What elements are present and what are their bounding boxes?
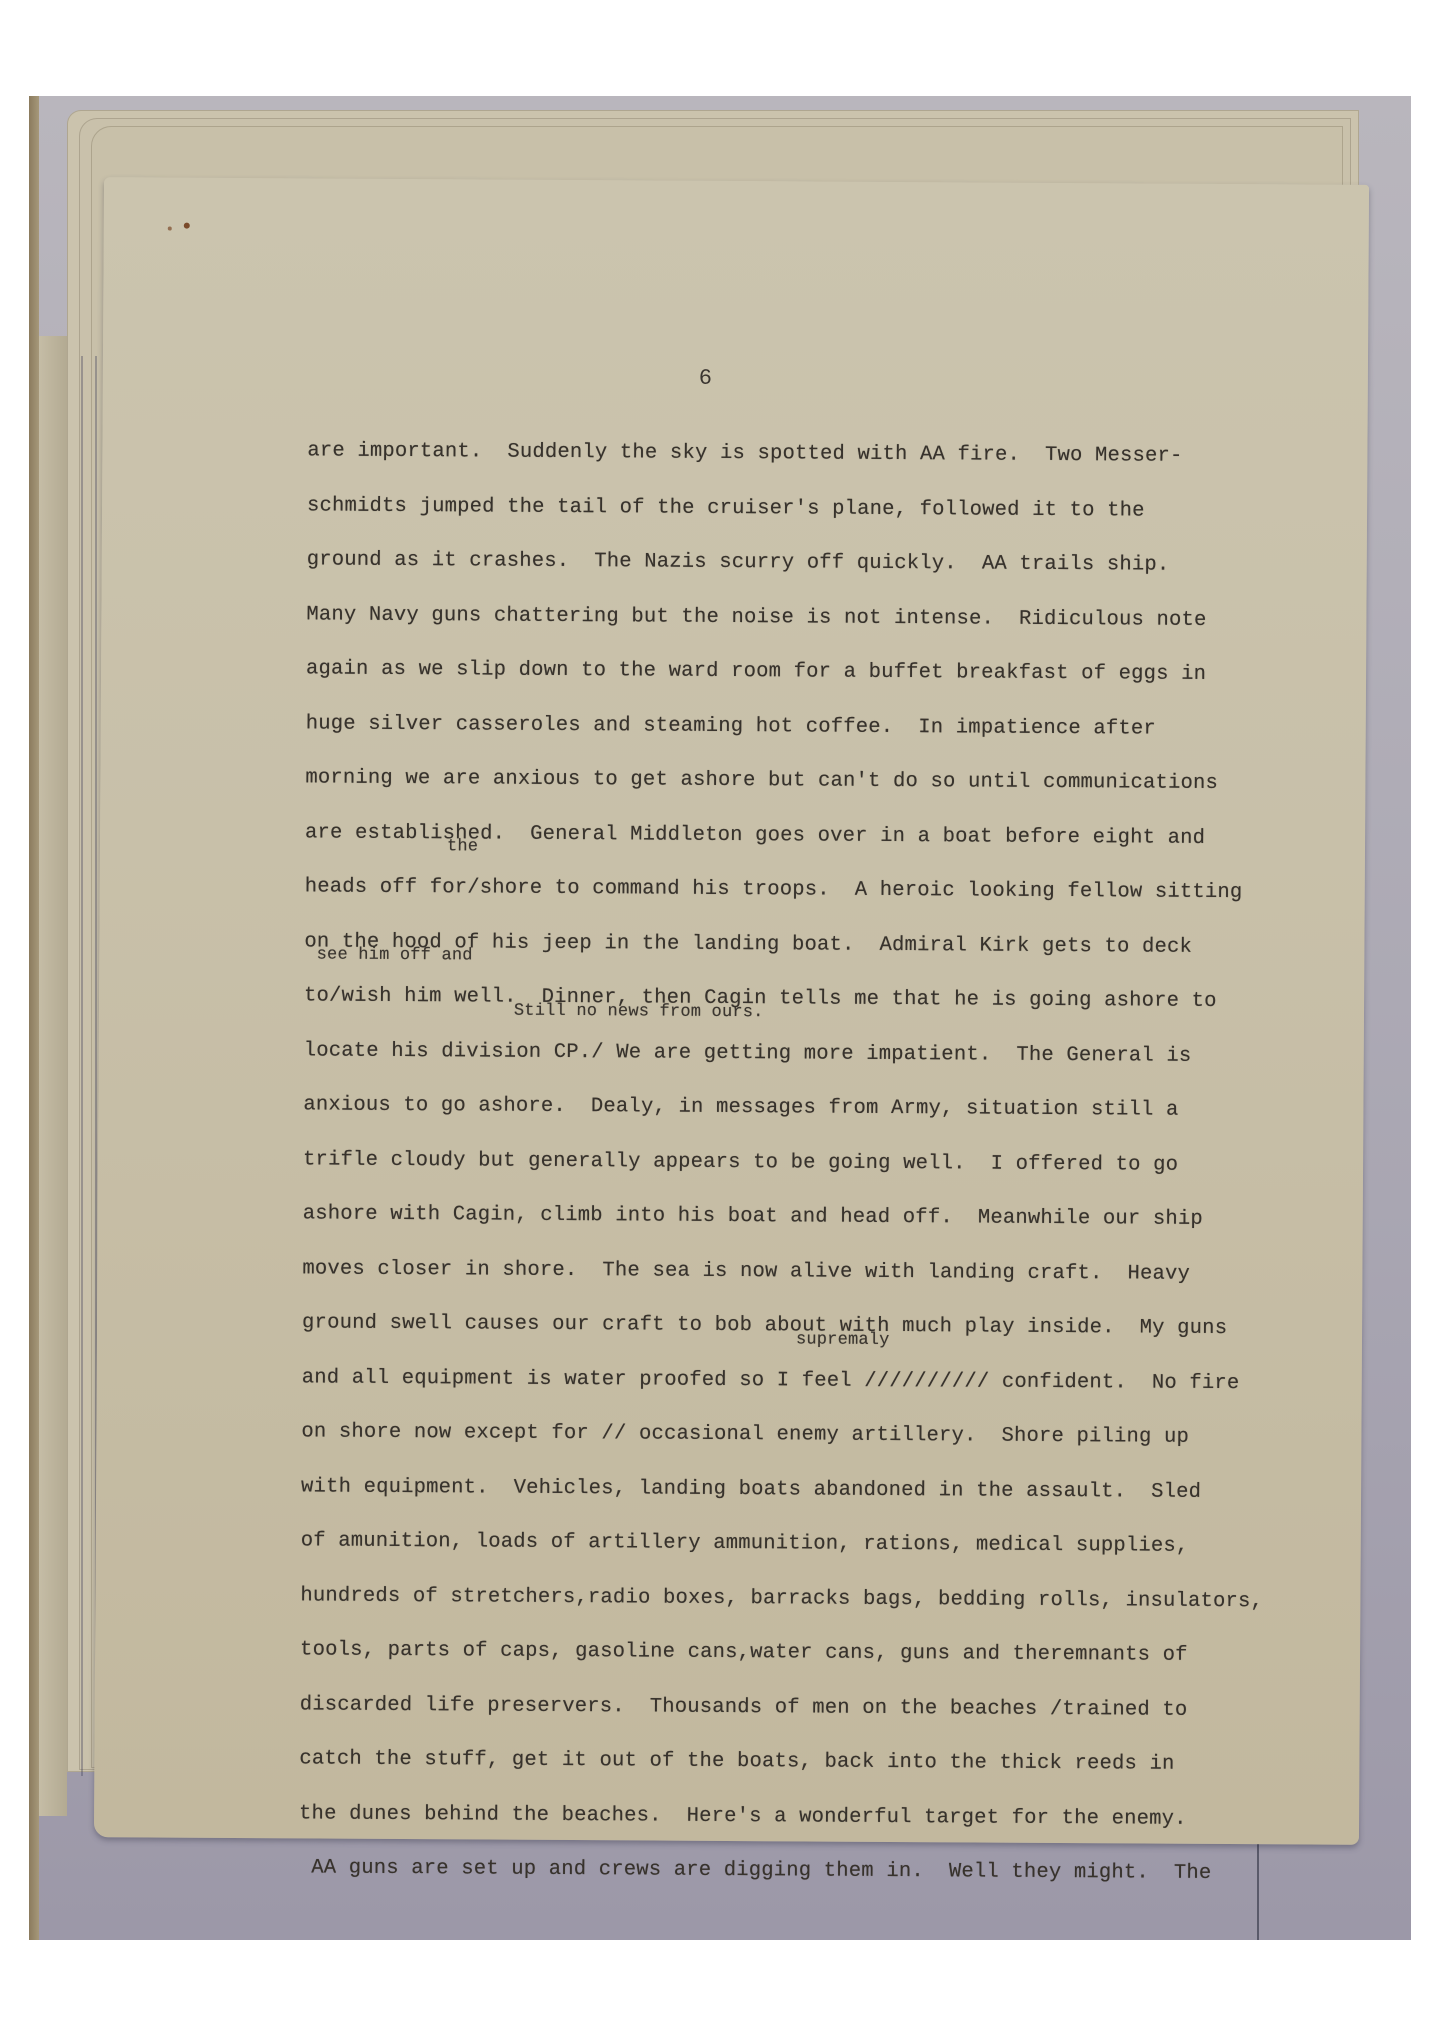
interlinear-insertion: see him off and xyxy=(317,945,473,966)
line-text: catch the stuff, get it out of the boats… xyxy=(299,1747,1174,1775)
typed-line: ashore with Cagin, climb into his boat a… xyxy=(303,1187,1323,1248)
typed-line: heads off for/shore to command his troop… xyxy=(305,860,1325,921)
line-text: tools, parts of caps, gasoline cans,wate… xyxy=(300,1638,1188,1666)
typed-line: trifle cloudy but generally appears to b… xyxy=(303,1133,1323,1194)
typed-line: morning we are anxious to get ashore but… xyxy=(305,751,1325,812)
typed-line: catch the stuff, get it out of the boats… xyxy=(299,1732,1319,1793)
typed-line: anxious to go ashore. Dealy, in messages… xyxy=(303,1078,1323,1139)
document-photograph: 6 are important. Suddenly the sky is spo… xyxy=(29,96,1411,1940)
line-text: schmidts jumped the tail of the cruiser'… xyxy=(307,494,1145,522)
typed-page: 6 are important. Suddenly the sky is spo… xyxy=(94,177,1369,1845)
typed-line: discarded life preservers. Thousands of … xyxy=(300,1678,1320,1739)
line-text: of amunition, loads of artillery ammunit… xyxy=(301,1529,1189,1557)
line-text: the dunes behind the beaches. Here's a w… xyxy=(299,1802,1187,1830)
line-text: again as we slip down to the ward room f… xyxy=(306,657,1206,685)
typed-line: ground as it crashes. The Nazis scurry o… xyxy=(307,533,1327,594)
underlying-sheet-edge xyxy=(39,336,67,1816)
typed-line: schmidts jumped the tail of the cruiser'… xyxy=(307,479,1327,540)
line-text: anxious to go ashore. Dealy, in messages… xyxy=(303,1093,1178,1121)
line-text: and all equipment is water proofed so I … xyxy=(302,1366,1240,1395)
line-text: are established. General Middleton goes … xyxy=(305,821,1205,849)
page-number: 6 xyxy=(73,362,1338,395)
line-text: trifle cloudy but generally appears to b… xyxy=(303,1148,1178,1176)
line-text: with equipment. Vehicles, landing boats … xyxy=(301,1475,1201,1503)
typed-line: of amunition, loads of artillery ammunit… xyxy=(301,1514,1321,1575)
typed-line: locate his division CP./ We are getting … xyxy=(304,1024,1324,1085)
typed-line: Many Navy guns chattering but the noise … xyxy=(306,588,1326,649)
line-text: discarded life preservers. Thousands of … xyxy=(300,1693,1188,1721)
line-text: ground swell causes our craft to bob abo… xyxy=(302,1311,1227,1340)
paper-spot xyxy=(184,223,190,229)
typed-line: moves closer in shore. The sea is now al… xyxy=(302,1242,1322,1303)
typed-line: to/wish him well. Dinner, then Cagin tel… xyxy=(304,969,1324,1030)
typed-line: again as we slip down to the ward room f… xyxy=(306,642,1326,703)
typed-line: the dunes behind the beaches. Here's a w… xyxy=(299,1787,1319,1848)
line-text: Many Navy guns chattering but the noise … xyxy=(306,603,1206,631)
line-text: are important. Suddenly the sky is spott… xyxy=(307,439,1182,467)
paper-spot xyxy=(168,227,172,231)
folder-edge xyxy=(29,96,39,1940)
interlinear-insertion: the xyxy=(447,837,478,857)
line-text: AA guns are set up and crews are digging… xyxy=(299,1856,1212,1885)
typed-line: tools, parts of caps, gasoline cans,wate… xyxy=(300,1623,1320,1684)
typed-line: AA guns are set up and crews are digging… xyxy=(299,1841,1319,1902)
sheet-edge-shadow xyxy=(81,356,83,1776)
typed-line: and all equipment is water proofed so I … xyxy=(302,1351,1322,1412)
line-text: ashore with Cagin, climb into his boat a… xyxy=(303,1202,1203,1230)
line-text: heads off for/shore to command his troop… xyxy=(305,875,1243,904)
line-text: ground as it crashes. The Nazis scurry o… xyxy=(307,548,1170,576)
typed-line: are established. General Middleton goes … xyxy=(305,806,1325,867)
line-text: hundreds of stretchers,radio boxes, barr… xyxy=(300,1584,1263,1613)
line-text: moves closer in shore. The sea is now al… xyxy=(302,1257,1190,1285)
interlinear-insertion: supremaly xyxy=(796,1330,890,1351)
line-text: locate his division CP./ We are getting … xyxy=(304,1039,1192,1067)
typed-line: huge silver casseroles and steaming hot … xyxy=(306,697,1326,758)
line-text: huge silver casseroles and steaming hot … xyxy=(306,712,1156,740)
typed-line: hundreds of stretchers,radio boxes, barr… xyxy=(300,1569,1320,1630)
line-text: on shore now except for // occasional en… xyxy=(301,1420,1189,1448)
typed-line: are important. Suddenly the sky is spott… xyxy=(307,424,1327,485)
interlinear-insertion: Still no news from ours. xyxy=(514,1001,764,1023)
typed-body-text: are important. Suddenly the sky is spott… xyxy=(299,424,1328,1902)
typed-line: with equipment. Vehicles, landing boats … xyxy=(301,1460,1321,1521)
line-text: morning we are anxious to get ashore but… xyxy=(305,766,1218,795)
typed-line: on shore now except for // occasional en… xyxy=(301,1405,1321,1466)
typed-line: on the hood of his jeep in the landing b… xyxy=(304,915,1324,976)
